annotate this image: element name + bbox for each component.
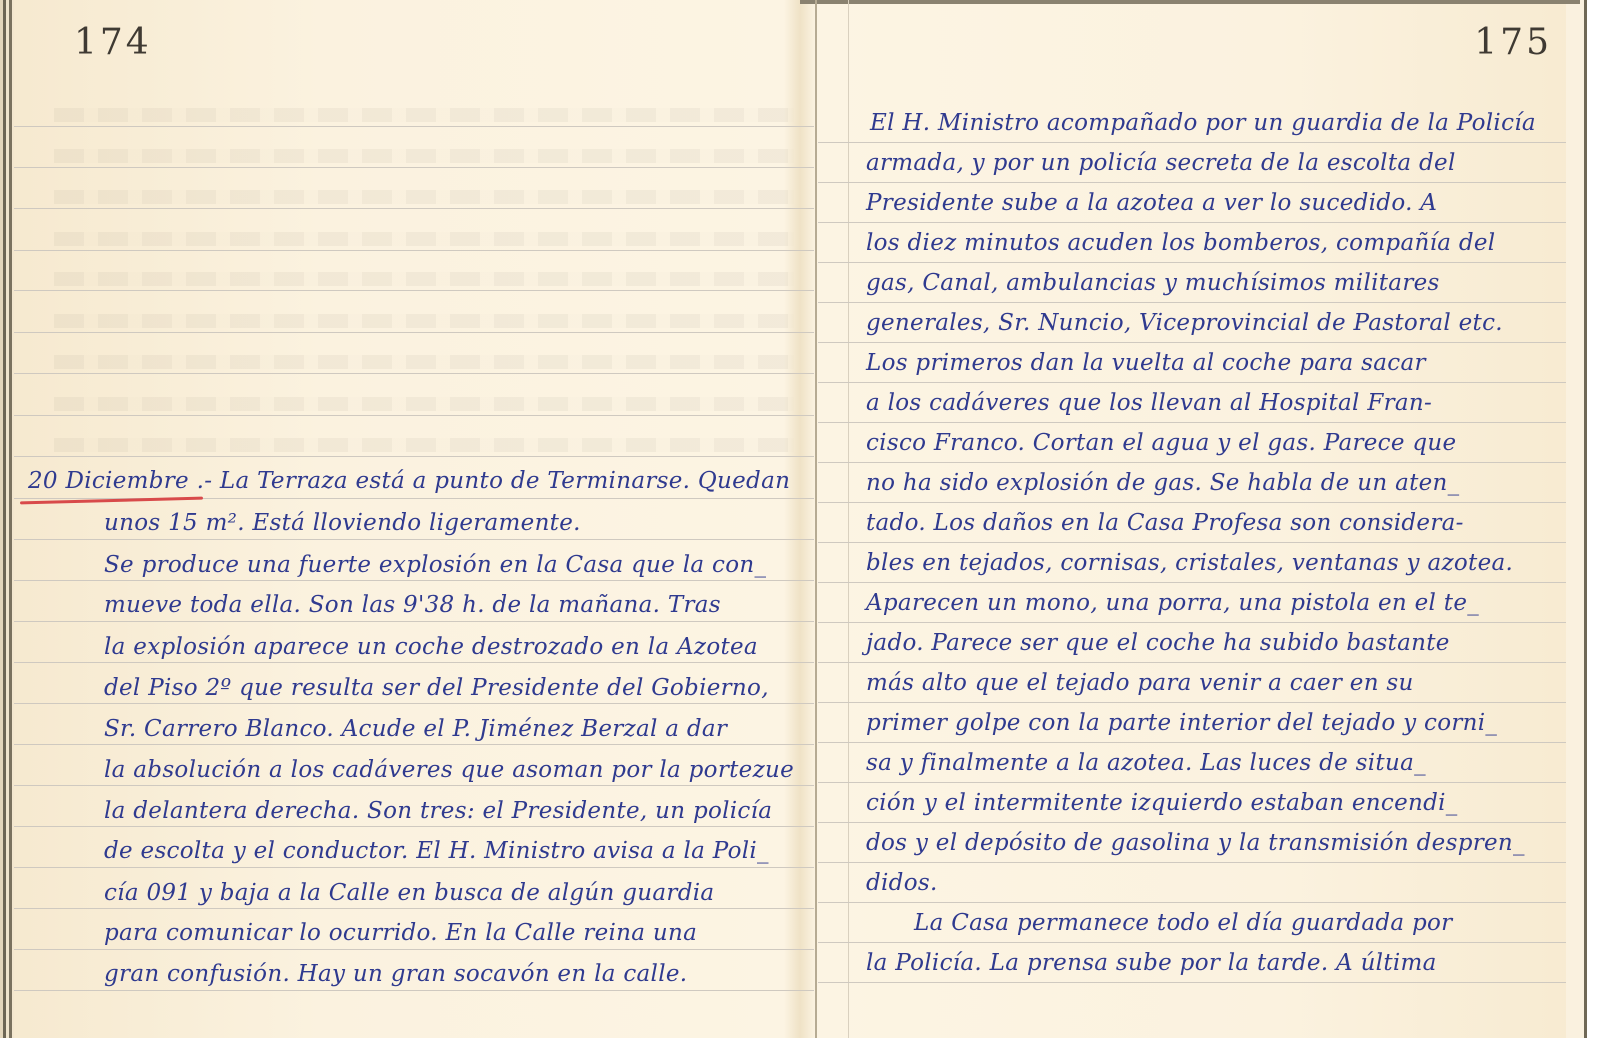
bleed-through-text <box>54 355 794 369</box>
handwritten-line: no ha sido explosión de gas. Se habla de… <box>866 470 1459 496</box>
handwritten-line: ción y el intermitente izquierdo estaban… <box>866 790 1458 816</box>
ruled-line <box>818 662 1566 663</box>
ruled-line <box>14 826 814 827</box>
handwritten-line: Aparecen un mono, una porra, una pistola… <box>866 590 1479 616</box>
handwritten-line: La Casa permanece todo el día guardada p… <box>914 910 1452 936</box>
ruled-line <box>14 415 814 416</box>
page-number: 175 <box>1474 22 1552 63</box>
handwritten-line: generales, Sr. Nuncio, Viceprovincial de… <box>866 310 1503 336</box>
ruled-line <box>818 262 1566 263</box>
handwritten-line: la Policía. La prensa sube por la tarde.… <box>866 950 1437 976</box>
notebook-left-binding-edge <box>0 0 14 1038</box>
ruled-line <box>818 782 1566 783</box>
ruled-line <box>14 621 814 622</box>
handwritten-line: a los cadáveres que los llevan al Hospit… <box>866 390 1432 416</box>
ruled-line <box>818 142 1566 143</box>
handwritten-line: para comunicar lo ocurrido. En la Calle … <box>104 920 697 946</box>
ruled-line <box>818 582 1566 583</box>
entry-heading-line: 20 Diciembre .- La Terraza está a punto … <box>28 468 790 494</box>
ruled-line <box>14 456 814 457</box>
bleed-through-text <box>54 190 794 204</box>
bleed-through-text <box>54 108 794 122</box>
handwritten-line: El H. Ministro acompañado por un guardia… <box>870 110 1536 136</box>
ruled-line <box>818 862 1566 863</box>
bleed-through-text <box>54 149 794 163</box>
entry-date: 20 Diciembre <box>28 468 189 494</box>
ruled-line <box>14 908 814 909</box>
ruled-line <box>14 990 814 991</box>
right-page: 175 El H. Ministro acompañado por un gua… <box>818 0 1566 1038</box>
handwritten-line: la delantera derecha. Son tres: el Presi… <box>104 798 772 824</box>
ruled-line <box>818 742 1566 743</box>
handwritten-line: Presidente sube a la azotea a ver lo suc… <box>866 190 1437 216</box>
ruled-line <box>818 302 1566 303</box>
handwritten-line: bles en tejados, cornisas, cristales, ve… <box>866 550 1513 576</box>
ruled-line <box>14 949 814 950</box>
ruled-line <box>818 182 1566 183</box>
ruled-line <box>14 703 814 704</box>
handwritten-line: la explosión aparece un coche destrozado… <box>104 634 758 660</box>
handwritten-line: más alto que el tejado para venir a caer… <box>866 670 1414 696</box>
notebook-spread: 174 20 Diciembre .- La Ter <box>0 0 1600 1038</box>
ruled-line <box>818 822 1566 823</box>
handwritten-line: cía 091 y baja a la Calle en busca de al… <box>104 880 714 906</box>
ruled-line <box>14 332 814 333</box>
ruled-line <box>14 539 814 540</box>
handwritten-line: mueve toda ella. Son las 9'38 h. de la m… <box>104 592 721 618</box>
ruled-line <box>14 126 814 127</box>
handwritten-line: unos 15 m². Está lloviendo ligeramente. <box>104 510 581 536</box>
ruled-line <box>818 982 1566 983</box>
ruled-line <box>14 250 814 251</box>
page-margin-line <box>848 0 849 1038</box>
handwritten-line: dos y el depósito de gasolina y la trans… <box>866 830 1525 856</box>
handwritten-line: de escolta y el conductor. El H. Ministr… <box>104 838 769 864</box>
notebook-right-edge <box>1566 0 1600 1038</box>
bleed-through-text <box>54 397 794 411</box>
page-number: 174 <box>74 22 152 63</box>
handwritten-line: jado. Parece ser que el coche ha subido … <box>866 630 1450 656</box>
handwritten-line: Se produce una fuerte explosión en la Ca… <box>104 552 766 578</box>
ruled-line <box>818 502 1566 503</box>
ruled-line <box>818 902 1566 903</box>
handwritten-line: .- La Terraza está a punto de Terminarse… <box>189 468 790 494</box>
handwritten-line: tado. Los daños en la Casa Profesa son c… <box>866 510 1464 536</box>
bleed-through-text <box>54 314 794 328</box>
page-gutter <box>815 0 817 1038</box>
left-page: 174 20 Diciembre .- La Ter <box>14 0 814 1038</box>
handwritten-line: Sr. Carrero Blanco. Acude el P. Jiménez … <box>104 716 727 742</box>
ruled-line <box>14 662 814 663</box>
ruled-line <box>818 382 1566 383</box>
ruled-line <box>14 580 814 581</box>
handwritten-line: Los primeros dan la vuelta al coche para… <box>866 350 1426 376</box>
ruled-line <box>14 208 814 209</box>
ruled-line <box>14 373 814 374</box>
handwritten-line: cisco Franco. Cortan el agua y el gas. P… <box>866 430 1456 456</box>
ruled-line <box>818 422 1566 423</box>
ruled-line <box>818 342 1566 343</box>
handwritten-line: los diez minutos acuden los bomberos, co… <box>866 230 1495 256</box>
ruled-line <box>818 542 1566 543</box>
ruled-line <box>14 167 814 168</box>
ruled-line <box>818 222 1566 223</box>
ruled-line <box>14 744 814 745</box>
handwritten-line: primer golpe con la parte interior del t… <box>866 710 1497 736</box>
bleed-through-text <box>54 272 794 286</box>
ruled-line <box>818 462 1566 463</box>
handwritten-line: sa y finalmente a la azotea. Las luces d… <box>866 750 1426 776</box>
handwritten-line: gran confusión. Hay un gran socavón en l… <box>104 961 687 987</box>
ruled-line <box>818 702 1566 703</box>
handwritten-line: del Piso 2º que resulta ser del Presiden… <box>104 675 769 701</box>
ruled-line <box>14 290 814 291</box>
handwritten-line: didos. <box>866 870 938 896</box>
handwritten-line: armada, y por un policía secreta de la e… <box>866 150 1456 176</box>
ruled-line <box>818 942 1566 943</box>
handwritten-line: gas, Canal, ambulancias y muchísimos mil… <box>866 270 1440 296</box>
handwritten-line: la absolución a los cadáveres que asoman… <box>104 757 794 783</box>
ruled-line <box>14 867 814 868</box>
bleed-through-text <box>54 438 794 452</box>
bleed-through-text <box>54 232 794 246</box>
ruled-line <box>818 622 1566 623</box>
ruled-line <box>14 785 814 786</box>
